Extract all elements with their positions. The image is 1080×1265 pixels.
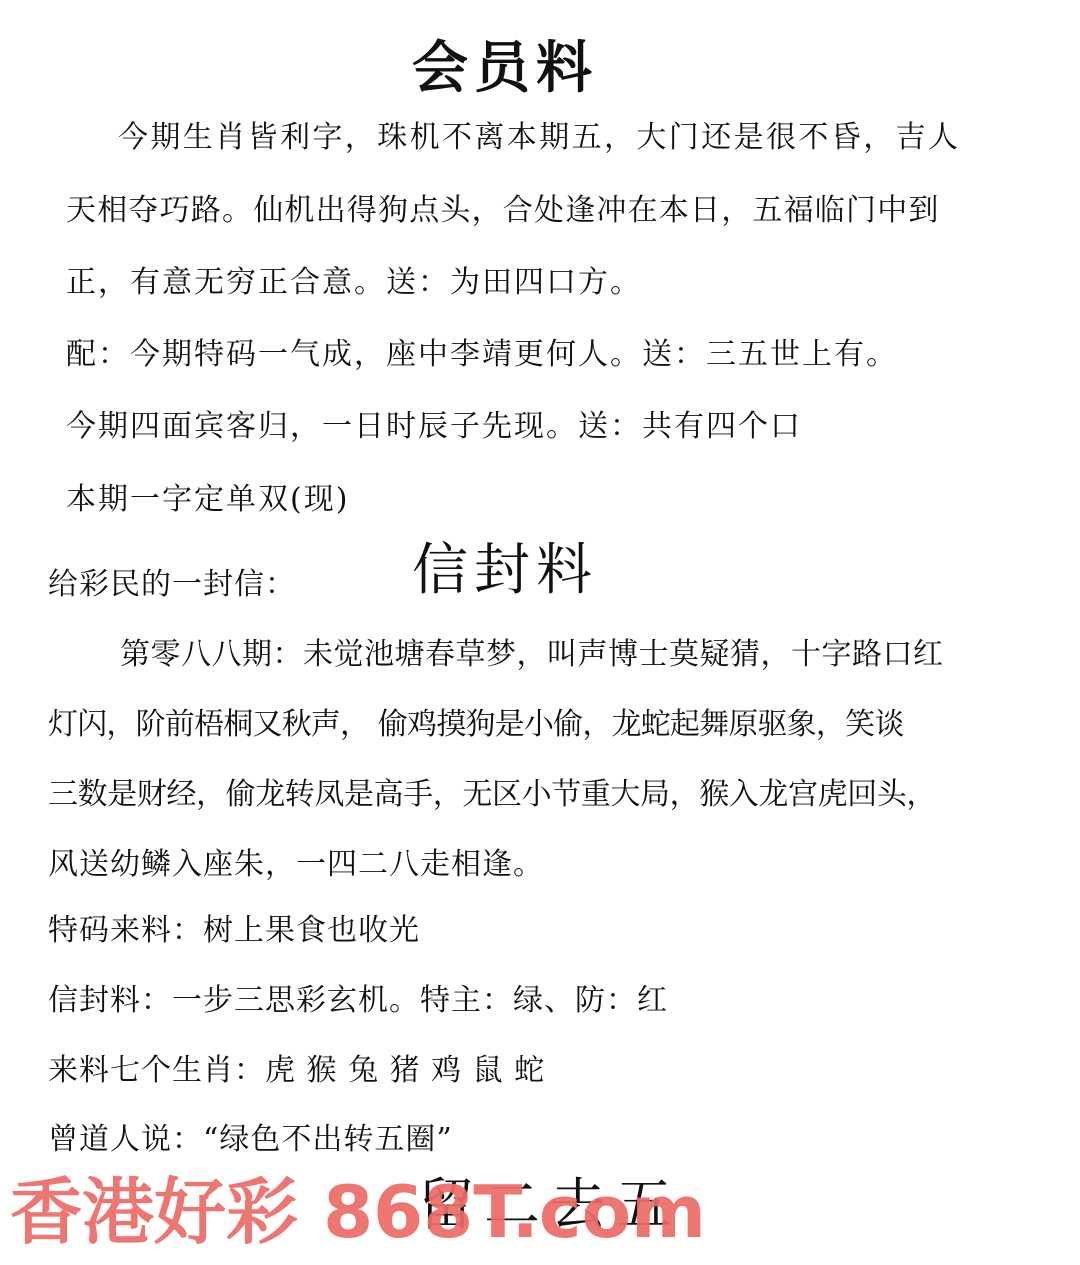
member-line-1: 今期生肖皆利字，珠机不离本期五，大门还是很不昏，吉人 [118, 123, 960, 153]
quote-item: 曾道人说：“绿色不出转五圈” [48, 1125, 453, 1155]
zodiac-list-item: 来料七个生肖：虎 猴 兔 猪 鸡 鼠 蛇 [48, 1056, 545, 1086]
member-line-6: 本期一字定单双(现) [66, 485, 349, 515]
member-line-5: 今期四面宾客归，一日时辰子先现。送：共有四个口 [66, 412, 802, 442]
envelope-intro: 给彩民的一封信： [48, 570, 296, 600]
poem-line-3: 三数是财经，偷龙转凤是高手，无区小节重大局，猴入龙宫虎回头， [48, 780, 936, 810]
special-code-item: 特码来料：树上果食也收光 [48, 916, 420, 946]
envelope-section-title: 信封料 [412, 543, 598, 599]
member-line-3: 正，有意无穷正合意。送：为田四口方。 [66, 268, 642, 298]
poem-line-1: 第零八八期：未觉池塘春草梦，叫声博士莫疑猜，十字路口红 [120, 640, 944, 670]
member-section-title: 会员料 [412, 40, 598, 96]
member-line-2: 天相夺巧路。仙机出得狗点头，合处逢冲在本日，五福临门中到 [66, 196, 940, 226]
poem-line-2: 灯闪，阶前梧桐又秋声， 偷鸡摸狗是小偷，龙蛇起舞原驱象，笑谈 [48, 710, 904, 740]
site-watermark: 香港好彩 868T.com [10, 1176, 706, 1248]
member-line-4: 配：今期特码一气成，座中李靖更何人。送：三五世上有。 [66, 340, 898, 370]
envelope-material-item: 信封料：一步三思彩玄机。特主：绿、防：红 [48, 986, 668, 1016]
poem-line-4: 风送幼鳞入座朱，一四二八走相逢。 [48, 850, 544, 880]
